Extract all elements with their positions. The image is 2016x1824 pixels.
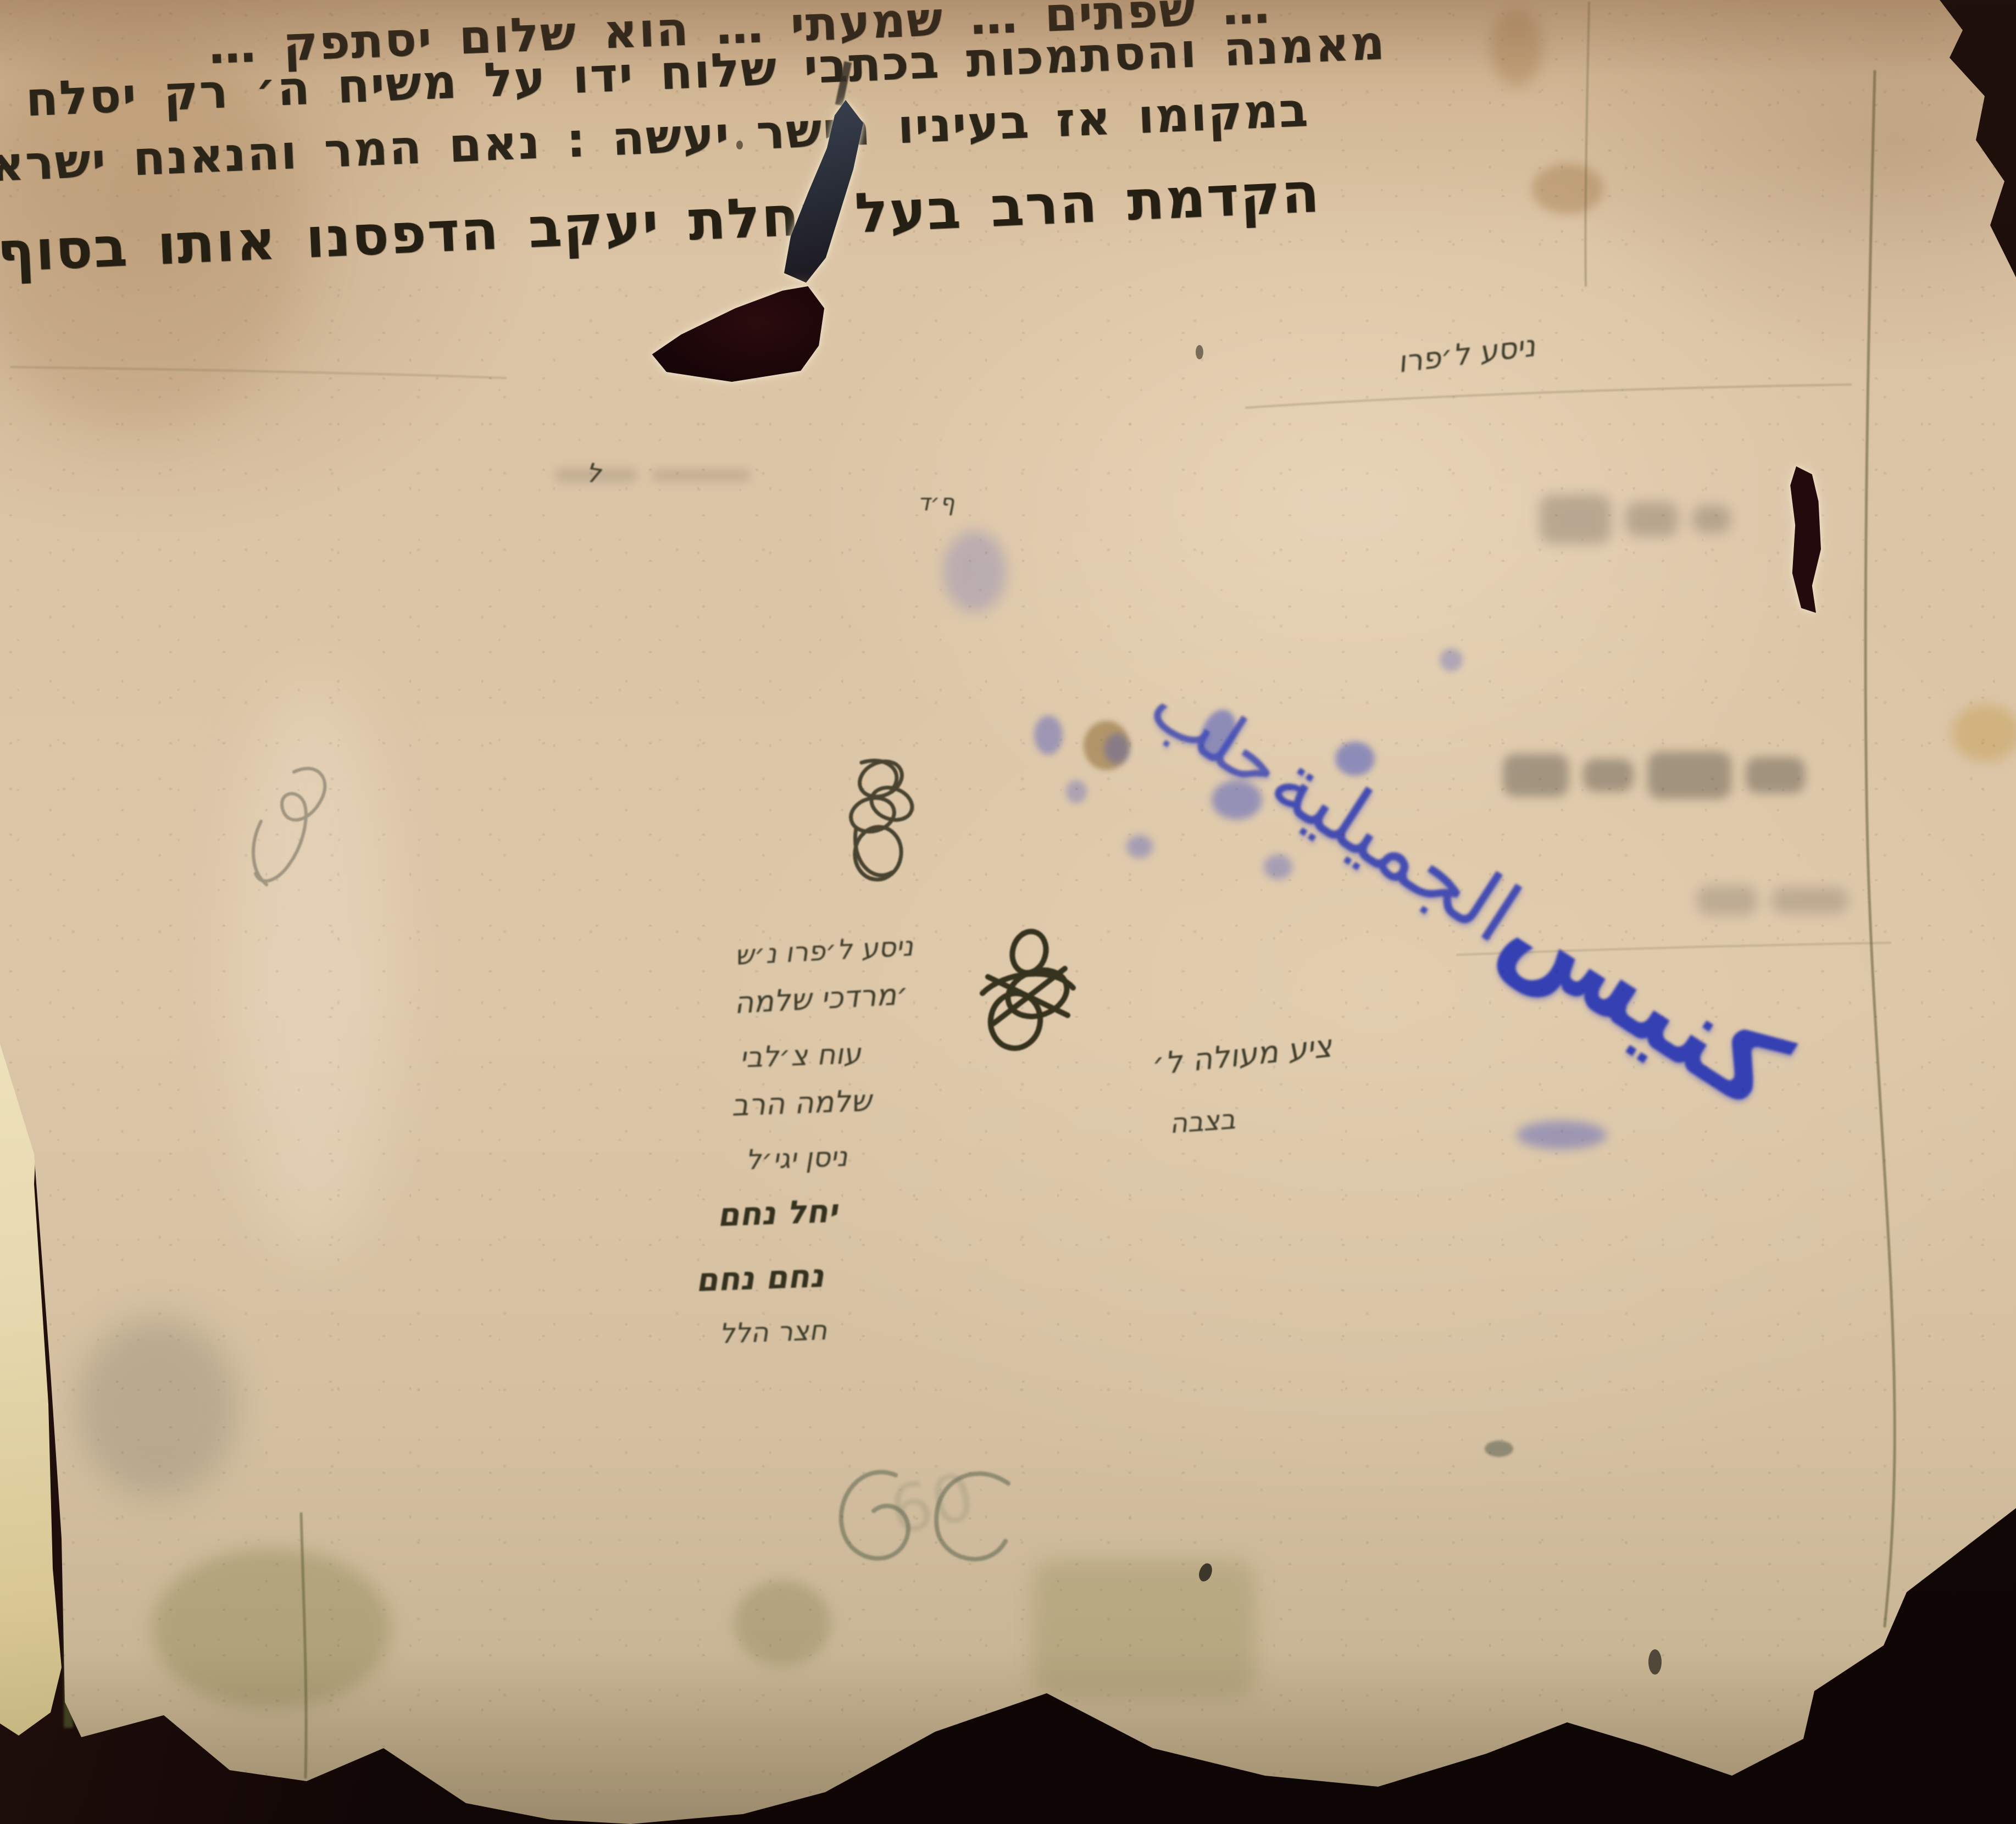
photo-stage: … שפתים … שמעתי … הוא שלום יסתפק … מאמנה… [0, 0, 2016, 1824]
paper-vignette [0, 0, 2016, 1824]
page: … שפתים … שמעתי … הוא שלום יסתפק … מאמנה… [0, 0, 2016, 1824]
